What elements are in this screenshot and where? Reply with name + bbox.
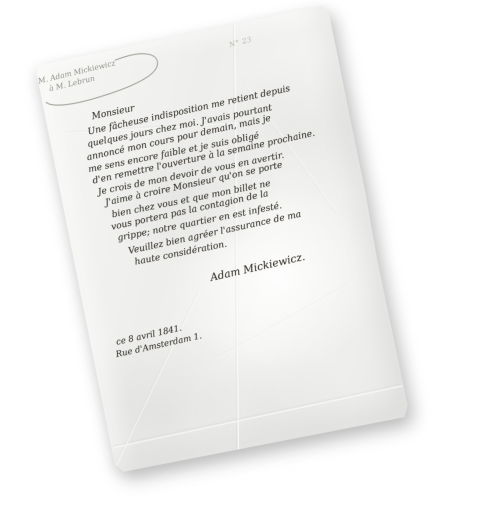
horizontal-fold-crease [113, 383, 403, 448]
crumple-crease [114, 290, 200, 467]
catalog-number: N° 23 [228, 36, 253, 50]
photo-stage: M. Adam Mickiewicz à M. Lebrun N° 23 Mon… [0, 0, 483, 519]
signature: Adam Mickiewicz. [209, 251, 306, 284]
crumple-crease [218, 282, 350, 358]
paper-sheet: M. Adam Mickiewicz à M. Lebrun N° 23 Mon… [33, 4, 411, 475]
date-address-block: ce 8 avril 1841. Rue d'Amsterdam 1. [115, 319, 203, 361]
letter-paper: M. Adam Mickiewicz à M. Lebrun N° 23 Mon… [33, 4, 411, 475]
